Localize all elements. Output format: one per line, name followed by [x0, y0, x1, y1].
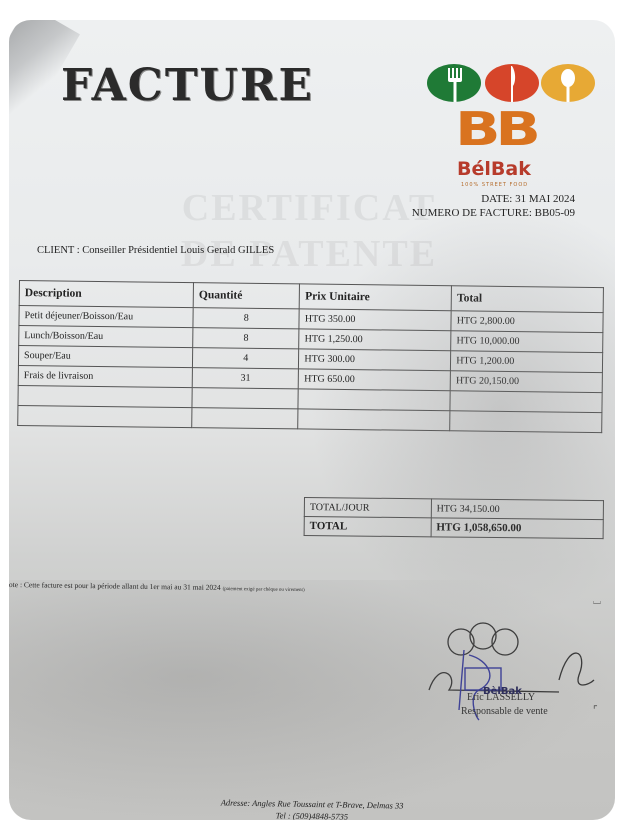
fork-icon: [427, 64, 481, 102]
header-quantity: Quantité: [193, 283, 300, 309]
cell-unit-price: [298, 389, 450, 411]
watermark-line: CERTIFICAT: [179, 185, 439, 231]
invoice-photo: CERTIFICAT DE PATENTE FACTURE BB BélBak …: [9, 20, 615, 820]
cell-quantity: 8: [193, 328, 299, 349]
cell-quantity: 31: [192, 368, 298, 389]
belbak-logo: BB BélBak 100% STREET FOOD: [419, 50, 599, 190]
signatory-role: Responsable de vente: [461, 706, 548, 717]
header-total: Total: [451, 286, 603, 313]
brand-prefix: Bél: [457, 158, 491, 180]
invoice-meta: DATE: 31 MAI 2024 NUMERO DE FACTURE: BB0…: [412, 192, 575, 220]
cell-unit-price: HTG 650.00: [299, 369, 451, 391]
cell-description: Souper/Eau: [18, 346, 192, 368]
invoice-title: FACTURE: [61, 60, 314, 111]
cell-quantity: [192, 388, 298, 409]
invoice-date: DATE: 31 MAI 2024: [412, 192, 575, 206]
note-payment-terms: (paiement exigé par chèque ou virement): [223, 587, 305, 593]
brand-suffix: Bak: [491, 158, 531, 180]
note-text: ote : Cette facture est pour la période …: [9, 580, 221, 592]
spoon-icon: [541, 64, 595, 102]
client-line: CLIENT : Conseiller Présidentiel Louis G…: [37, 245, 274, 256]
cell-description: Petit déjeuner/Boisson/Eau: [19, 306, 193, 328]
cell-description: [18, 405, 192, 427]
cell-description: Frais de livraison: [18, 365, 192, 387]
cell-total: HTG 1,200.00: [451, 351, 603, 373]
header-unit-price: Prix Unitaire: [300, 284, 452, 311]
cell-unit-price: HTG 350.00: [299, 309, 451, 331]
logo-tagline: 100% STREET FOOD: [461, 182, 528, 188]
background-watermark: CERTIFICAT DE PATENTE: [179, 185, 439, 277]
invoice-number: NUMERO DE FACTURE: BB05-09: [412, 206, 575, 220]
per-day-value: HTG 34,150.00: [431, 499, 603, 520]
cell-total: [450, 411, 602, 433]
signature-block: Eric LASSELLY BèlBak Responsable de vent…: [419, 620, 615, 740]
cell-quantity: 4: [193, 348, 299, 369]
cell-description: Lunch/Boisson/Eau: [19, 326, 193, 348]
cell-unit-price: [298, 409, 450, 431]
cell-total: [450, 391, 602, 413]
header-description: Description: [19, 281, 193, 308]
per-day-label: TOTAL/JOUR: [304, 498, 431, 518]
corner-mark: ⌴: [593, 596, 601, 607]
grand-total-row: TOTAL HTG 1,058,650.00: [304, 517, 603, 539]
grand-total-value: HTG 1,058,650.00: [431, 518, 603, 539]
totals-table: TOTAL/JOUR HTG 34,150.00 TOTAL HTG 1,058…: [304, 497, 604, 539]
cell-description: [18, 385, 192, 407]
cell-total: HTG 2,800.00: [451, 311, 603, 333]
cell-unit-price: HTG 1,250.00: [299, 329, 451, 351]
grand-total-label: TOTAL: [304, 517, 431, 537]
invoice-note: ote : Cette facture est pour la période …: [9, 580, 305, 593]
cell-quantity: [192, 408, 298, 429]
signature-scribble: [419, 620, 615, 740]
knife-icon: [485, 64, 539, 102]
company-footer: Adresse: Angles Rue Toussaint et T-Brave…: [9, 793, 615, 820]
logo-monogram: BB: [455, 102, 536, 156]
items-table: Description Quantité Prix Unitaire Total…: [17, 280, 604, 433]
logo-brand: BélBak: [457, 158, 531, 180]
company-stamp: BèlBak: [483, 686, 522, 697]
cell-total: HTG 20,150.00: [450, 371, 602, 393]
cell-total: HTG 10,000.00: [451, 331, 603, 353]
cell-quantity: 8: [193, 308, 299, 329]
utensil-circles: [423, 64, 593, 104]
cell-unit-price: HTG 300.00: [299, 349, 451, 371]
